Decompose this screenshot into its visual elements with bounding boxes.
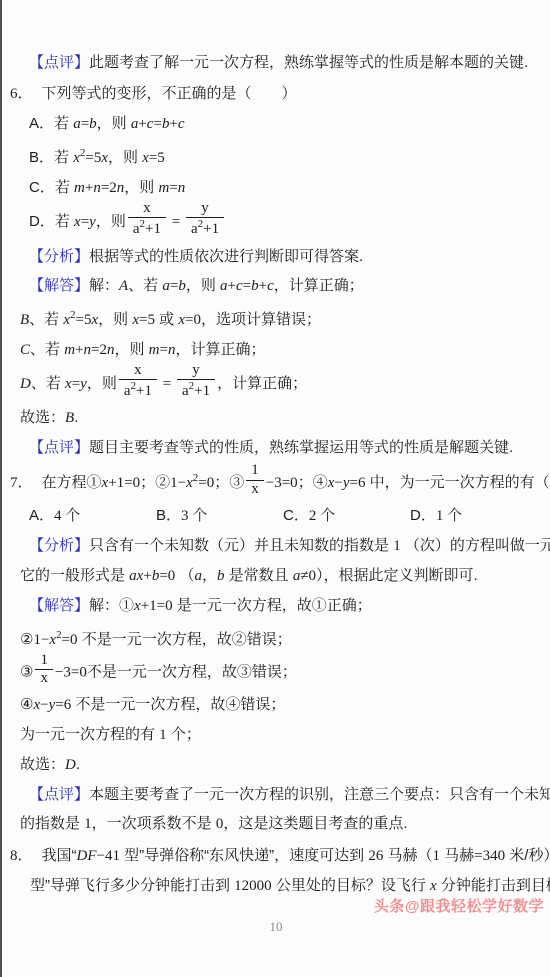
text-segment: C．: [283, 507, 309, 524]
text-segment: 型”导弹飞行多少分钟能打击到: [30, 877, 234, 894]
fraction-denominator: a2+1: [186, 217, 224, 238]
text-segment: 1: [432, 848, 440, 864]
text-segment: .: [74, 409, 78, 426]
fraction: ya2+1: [177, 362, 215, 401]
text-segment: 1: [159, 727, 167, 743]
text-segment: +1: [136, 383, 152, 399]
text-segment: =2: [101, 180, 117, 196]
text-segment: −: [40, 697, 48, 713]
text-segment: b: [89, 116, 97, 132]
text-segment: =6: [350, 475, 366, 491]
text-segment: n: [84, 342, 92, 358]
text-segment: .: [76, 756, 80, 773]
text-segment: 中，为一元一次方程的有（ ）: [365, 474, 550, 491]
solution-line: ②1−x2=0 不是一元一次方程，故②错误；: [2, 621, 550, 655]
text-segment: ；③: [214, 474, 244, 491]
text-segment: D．: [410, 507, 436, 524]
text-segment: =: [81, 116, 89, 132]
text-segment: =340: [474, 848, 505, 864]
text-segment: n: [178, 180, 186, 196]
text-segment: =5: [85, 150, 101, 166]
comment-paragraph: 【点评】题目主要考查等式的性质，熟练掌握运用等式的性质是解题关键.: [2, 433, 550, 462]
text-segment: 个: [447, 507, 462, 524]
text-segment: m: [149, 342, 160, 358]
text-segment: +: [75, 342, 83, 358]
text-segment: ，选项计算错误；: [201, 311, 321, 328]
text-segment: =0: [185, 312, 201, 328]
solution-paragraph: 【解答】解：①x+1=0 是一元一次方程，故①正确；: [2, 591, 550, 621]
text-segment: 不是一元一次方程，故②错误；: [78, 631, 292, 648]
text-segment: ，计算正确；: [175, 341, 265, 358]
text-segment: 个: [192, 507, 207, 524]
text-segment: 12000: [234, 878, 272, 894]
text-segment: （次）的方程叫做一元一次方程，: [401, 537, 550, 554]
text-segment: c: [178, 116, 185, 132]
text-segment: ，则: [114, 341, 148, 358]
text-segment: DF: [77, 848, 97, 864]
text-segment: 公里处的目标？设飞行: [272, 877, 430, 894]
text-segment: x: [178, 312, 185, 328]
text-segment: m: [158, 180, 169, 196]
text-segment: x: [142, 150, 149, 166]
fraction: 1x: [246, 462, 264, 498]
text-segment: =5: [139, 312, 155, 328]
text-segment: x: [73, 150, 80, 166]
text-segment: =5: [76, 312, 92, 328]
text-segment: y: [192, 362, 200, 378]
text-segment: ，则: [108, 149, 142, 166]
text-segment: +1=0: [108, 475, 140, 491]
text-segment: ，则: [124, 179, 158, 196]
text-segment: 马赫: [440, 847, 474, 864]
text-segment: A: [119, 278, 128, 294]
text-segment: 在方程①: [42, 474, 102, 491]
solution-line: B、若 x2=5x，则 x=5 或 x=0，选项计算错误；: [2, 301, 550, 335]
text-segment: ，则: [96, 213, 126, 230]
text-segment: =: [81, 214, 89, 230]
text-segment: y: [89, 214, 96, 230]
watermark-text: 头条@跟我轻松学好数学: [374, 895, 544, 916]
text-segment: ③: [20, 664, 33, 681]
text-segment: a: [182, 383, 189, 399]
text-segment: y: [201, 200, 209, 216]
comment-line: 的指数是 1，一次项系数不是 0，这是这类题目考查的重点.: [2, 809, 550, 839]
fraction-numerator: x: [119, 362, 157, 379]
text-segment: B．: [156, 507, 181, 524]
text-segment: +: [228, 278, 236, 294]
text-segment: 2: [309, 508, 320, 524]
text-segment: a: [124, 383, 131, 399]
text-segment: =: [168, 214, 184, 230]
text-segment: ②: [20, 631, 33, 648]
text-segment: 1−: [33, 632, 49, 648]
text-segment: 马赫（: [383, 847, 432, 864]
text-segment: 根据等式的性质依次进行判断即可得答案.: [89, 248, 363, 265]
option-cell: A．4 个: [29, 501, 156, 531]
fraction-denominator: a2+1: [119, 379, 157, 400]
page-number: 10: [2, 919, 550, 935]
text-segment: 的指数是: [20, 815, 84, 832]
text-segment: ；②: [140, 474, 170, 491]
text-segment: x: [143, 200, 151, 216]
text-segment: 或: [155, 311, 178, 328]
text-segment: B: [65, 410, 74, 426]
fraction-denominator: x: [246, 480, 264, 498]
solution-line: 为一元一次方程的有 1 个；: [2, 720, 550, 750]
text-segment: b: [251, 278, 259, 294]
option-cell: B．3 个: [156, 501, 283, 531]
text-segment: ，这是这类题目考查的重点.: [223, 815, 407, 832]
text-segment: x: [251, 481, 259, 497]
analysis-paragraph: 【分析】根据等式的性质依次进行判断即可得答案.: [2, 242, 550, 271]
text-segment: ≠0: [300, 568, 316, 584]
comment-paragraph: 【点评】本题主要考查了一元一次方程的识别，注意三个要点：只含有一个未知数，且未知…: [2, 780, 550, 809]
text-segment: 1: [251, 462, 259, 478]
solution-line: ④x−y=6 不是一元一次方程，故④错误；: [2, 690, 550, 720]
answer-line: 故选：B.: [2, 403, 550, 433]
text-segment: x: [186, 475, 193, 491]
text-segment: +1=0: [141, 598, 173, 614]
text-segment: 、若: [29, 311, 63, 328]
question-7-options: A．4 个B．3 个C．2 个D．1 个: [2, 501, 550, 531]
text-segment: a: [73, 116, 81, 132]
text-segment: y: [80, 376, 87, 392]
text-segment: =5: [149, 150, 165, 166]
text-segment: =0: [62, 632, 78, 648]
text-segment: 解：①: [89, 597, 134, 614]
question-number: 8．: [10, 848, 33, 864]
text-segment: 【解答】: [29, 277, 89, 294]
text-segment: ，则: [97, 115, 131, 132]
fraction-numerator: 1: [35, 652, 53, 669]
text-segment: 1−: [170, 475, 186, 491]
text-segment: b: [178, 278, 186, 294]
text-segment: 不是一元一次方程，故③错误；: [87, 664, 297, 681]
text-segment: −3=0: [55, 665, 87, 681]
text-segment: a: [220, 278, 228, 294]
text-segment: +: [259, 278, 267, 294]
text-segment: m: [64, 342, 75, 358]
text-segment: 【解答】: [29, 597, 89, 614]
text-segment: 此题考查了解一元一次方程，熟练掌握等式的性质是解本题的关键.: [89, 54, 528, 71]
text-segment: x: [430, 878, 437, 894]
text-segment: 本题主要考查了一元一次方程的识别，注意三个要点：只含有一个未知数，且未知数: [89, 786, 550, 803]
text-segment: ax: [129, 568, 143, 584]
text-segment: 下列等式的变形，不正确的是（ ）: [42, 85, 297, 102]
text-segment: 是常数且: [224, 567, 292, 584]
question-6-option-a: A．若 a=b，则 a+c=b+c: [2, 109, 550, 139]
fraction-denominator: a2+1: [128, 217, 166, 238]
text-segment: 故选：: [20, 756, 65, 773]
solution-line: C、若 m+n=2n，则 m=n，计算正确；: [2, 335, 550, 365]
text-segment: 个；: [167, 726, 201, 743]
text-segment: −41: [97, 848, 120, 864]
fraction-numerator: 1: [246, 462, 264, 479]
text-segment: 不是一元一次方程，故④错误；: [71, 696, 285, 713]
text-segment: =: [72, 376, 80, 392]
text-segment: 3: [181, 508, 192, 524]
text-segment: ，: [202, 567, 217, 584]
text-segment: =0: [159, 568, 175, 584]
text-segment: ；④: [298, 474, 328, 491]
text-segment: +: [138, 116, 146, 132]
text-segment: ），根据此定义判断即可.: [316, 567, 478, 584]
text-segment: ，计算正确；: [274, 277, 364, 294]
text-segment: ，一次项系数不是: [92, 815, 216, 832]
text-segment: 、若: [128, 277, 162, 294]
text-segment: 1: [40, 652, 48, 668]
text-segment: 个: [65, 507, 80, 524]
text-segment: x: [40, 670, 48, 686]
text-segment: 型”导弹俗称“东风快递”，速度可达到: [120, 847, 368, 864]
text-segment: =: [169, 180, 177, 196]
text-segment: x: [63, 312, 70, 328]
text-segment: y: [343, 475, 350, 491]
text-segment: ④: [20, 696, 33, 713]
analysis-paragraph: 【分析】只含有一个未知数（元）并且未知数的指数是 1 （次）的方程叫做一元一次方…: [2, 531, 550, 561]
question-number: 6．: [10, 86, 33, 102]
text-segment: 它的一般形式是: [20, 567, 129, 584]
text-segment: a: [191, 221, 198, 237]
text-segment: x: [134, 362, 142, 378]
text-segment: 1: [436, 508, 447, 524]
text-segment: −: [334, 475, 342, 491]
text-segment: 【点评】: [29, 54, 89, 71]
text-segment: 解：: [89, 277, 119, 294]
text-segment: m: [74, 180, 85, 196]
text-segment: 我国“: [42, 847, 77, 864]
text-segment: 个: [320, 507, 335, 524]
text-segment: B．若: [29, 149, 73, 166]
text-segment: 是一元一次方程，故①正确；: [173, 597, 372, 614]
text-segment: 【分析】: [29, 537, 89, 554]
text-segment: a: [194, 568, 202, 584]
text-segment: （: [175, 567, 194, 584]
question-6-option-b: B．若 x2=5x，则 x=5: [2, 139, 550, 173]
text-segment: D: [20, 376, 31, 392]
text-segment: 26: [368, 848, 383, 864]
text-segment: =: [243, 278, 251, 294]
text-segment: +: [169, 116, 177, 132]
text-segment: 故选：: [20, 409, 65, 426]
text-segment: 、若: [31, 375, 65, 392]
text-segment: +1: [194, 383, 210, 399]
solution-paragraph: 【解答】解：A、若 a=b，则 a+c=b+c，计算正确；: [2, 271, 550, 301]
analysis-line: 它的一般形式是 ax+b=0 （a，b 是常数且 a≠0），根据此定义判断即可.: [2, 561, 550, 591]
text-segment: −3=0: [266, 475, 298, 491]
fraction-denominator: a2+1: [177, 379, 215, 400]
document-page: 【点评】此题考查了解一元一次方程，熟练掌握等式的性质是解本题的关键.6．下列等式…: [0, 0, 550, 977]
text-segment: 【点评】: [29, 786, 89, 803]
text-segment: ，则: [186, 277, 220, 294]
text-segment: =6: [55, 697, 71, 713]
fraction-numerator: y: [177, 362, 215, 379]
text-segment: a: [133, 221, 140, 237]
text-segment: 分钟能打击到目标，可以得到: [437, 877, 550, 894]
text-segment: x: [65, 376, 72, 392]
fraction-denominator: x: [35, 669, 53, 687]
text-segment: 为一元一次方程的有: [20, 726, 159, 743]
question-8-stem: 8．我国“DF−41 型”导弹俗称“东风快递”，速度可达到 26 马赫（1 马赫…: [2, 841, 550, 871]
answer-line: 故选：D.: [2, 750, 550, 780]
fraction-numerator: x: [128, 200, 166, 217]
question-7-stem: 7．在方程①x+1=0；②1−x2=0；③1x−3=0；④x−y=6 中，为一元…: [2, 464, 550, 501]
text-segment: +: [143, 568, 151, 584]
fraction: ya2+1: [186, 200, 224, 239]
fraction: 1x: [35, 652, 53, 688]
text-segment: ，计算正确；: [217, 375, 307, 392]
question-6-option-c: C．若 m+n=2n，则 m=n: [2, 173, 550, 203]
text-segment: B: [20, 312, 29, 328]
text-segment: =: [159, 376, 175, 392]
text-segment: c: [267, 278, 274, 294]
text-segment: x: [132, 312, 139, 328]
text-segment: C．若: [29, 179, 74, 196]
solution-line: D、若 x=y，则xa2+1 = ya2+1，计算正确；: [2, 365, 550, 404]
text-segment: 4: [54, 508, 65, 524]
text-segment: ，则: [98, 311, 132, 328]
text-segment: D: [65, 757, 76, 773]
option-cell: C．2 个: [283, 501, 410, 531]
text-segment: 只含有一个未知数（元）并且未知数的指数是: [89, 537, 393, 554]
text-segment: =2: [91, 342, 107, 358]
document-body: 【点评】此题考查了解一元一次方程，熟练掌握等式的性质是解本题的关键.6．下列等式…: [2, 48, 550, 901]
text-segment: 题目主要考查等式的性质，熟练掌握运用等式的性质是解题关键.: [89, 439, 513, 456]
question-number: 7．: [10, 475, 33, 491]
fraction-numerator: y: [186, 200, 224, 217]
option-cell: D．1 个: [410, 501, 537, 531]
text-segment: =: [153, 116, 161, 132]
solution-line: ③1x−3=0不是一元一次方程，故③错误；: [2, 655, 550, 691]
text-segment: 1: [84, 816, 92, 832]
text-segment: 【分析】: [29, 248, 89, 265]
text-segment: A．若: [29, 115, 73, 132]
text-segment: 米/秒），则“: [505, 847, 550, 864]
question-6-stem: 6．下列等式的变形，不正确的是（ ）: [2, 79, 550, 109]
text-segment: +1: [145, 221, 161, 237]
text-segment: x: [74, 214, 81, 230]
text-segment: =0: [198, 475, 214, 491]
fraction: xa2+1: [128, 200, 166, 239]
text-segment: D．若: [29, 213, 74, 230]
text-segment: c: [236, 278, 243, 294]
comment-paragraph: 【点评】此题考查了解一元一次方程，熟练掌握等式的性质是解本题的关键.: [2, 48, 550, 77]
text-segment: =: [159, 342, 167, 358]
text-segment: ，则: [87, 375, 117, 392]
text-segment: +1: [203, 221, 219, 237]
question-6-option-d: D．若 x=y，则xa2+1 = ya2+1: [2, 203, 550, 242]
text-segment: 、若: [30, 341, 64, 358]
text-segment: x: [134, 598, 141, 614]
text-segment: x: [101, 150, 108, 166]
text-segment: n: [93, 180, 101, 196]
text-segment: a: [162, 278, 170, 294]
text-segment: 1: [393, 538, 401, 554]
text-segment: A．: [29, 507, 54, 524]
text-segment: 【点评】: [29, 439, 89, 456]
fraction: xa2+1: [119, 362, 157, 401]
text-segment: C: [20, 342, 30, 358]
